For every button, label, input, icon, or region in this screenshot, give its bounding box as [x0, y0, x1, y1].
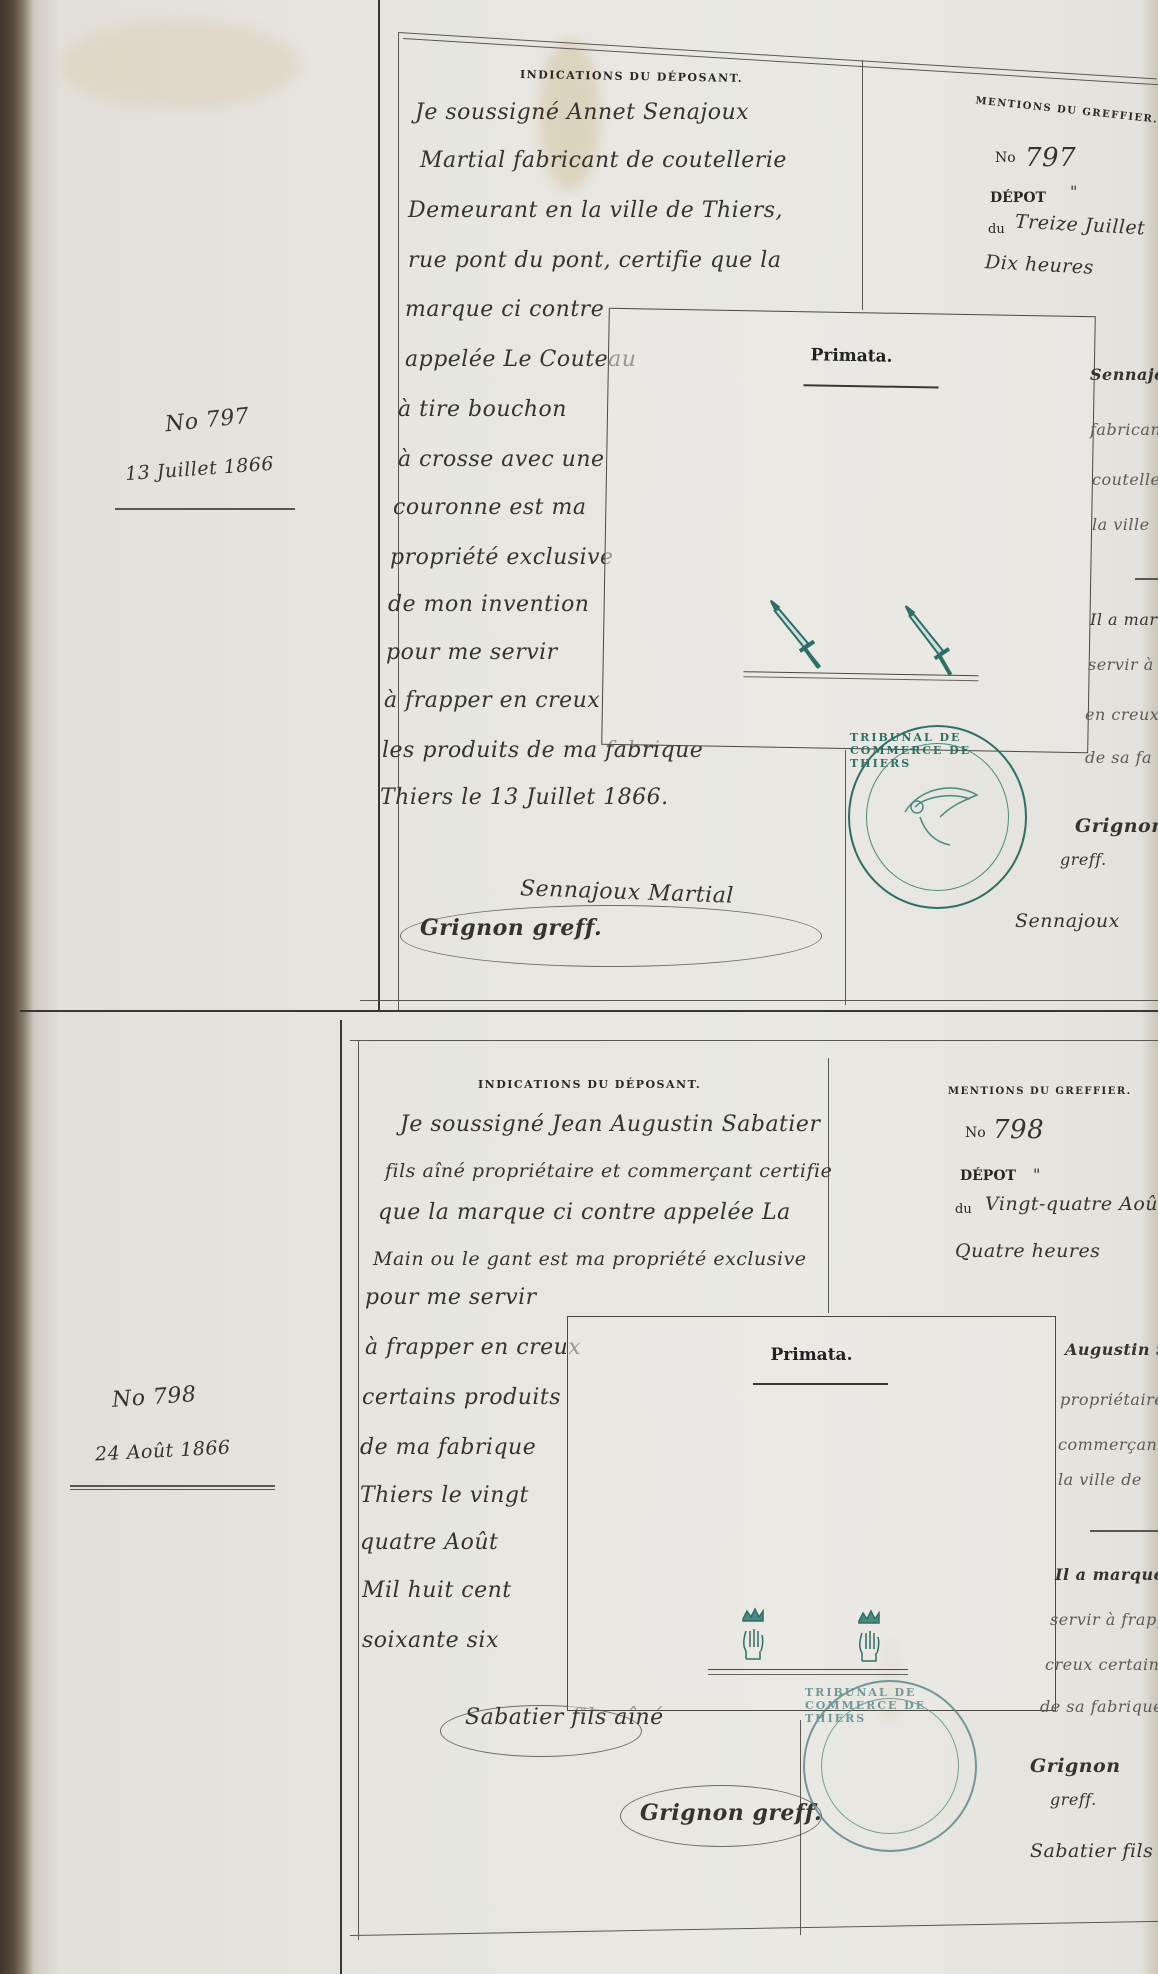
- depot-mark: ": [1033, 1165, 1041, 1184]
- greffier-signature: Grignon greff.: [640, 1800, 822, 1826]
- column-divider: [828, 1058, 829, 1313]
- greffier-header: Mentions du greffier.: [975, 95, 1158, 125]
- depot-date: Vingt-quatre Août: [985, 1193, 1158, 1215]
- greffier-header: Mentions du greffier.: [948, 1086, 1132, 1097]
- form-border: [360, 1000, 1158, 1001]
- register-page: No 797 13 Juillet 1866 Indications du dé…: [0, 0, 1158, 1974]
- depot-date: Treize Juillet: [1015, 211, 1146, 240]
- deposant-header: Indications du déposant.: [478, 1078, 701, 1091]
- form-border: [403, 38, 1158, 85]
- primata-box: Primata.: [567, 1316, 1056, 1711]
- primata-rule: [753, 1383, 888, 1385]
- eagle-emblem-icon: [895, 777, 985, 857]
- primata-title: Primata.: [568, 1345, 1055, 1365]
- primata-rule: [804, 384, 939, 388]
- no-value: 797: [1025, 143, 1076, 173]
- form-border: [398, 32, 1157, 79]
- margin-date: 13 Juillet 1866: [124, 453, 274, 485]
- depot-label: DÉPOT: [960, 1168, 1016, 1184]
- form-border: [350, 1921, 1158, 1936]
- depot-mark: ": [1070, 182, 1078, 201]
- margin-number: No 798: [111, 1382, 197, 1413]
- entry-divider: [20, 1010, 1158, 1012]
- depot-label: DÉPOT: [990, 190, 1046, 206]
- form-border: [398, 32, 399, 1010]
- du-label: du: [988, 222, 1005, 237]
- form-border: [358, 1040, 359, 1940]
- margin-underline: [115, 508, 295, 510]
- water-stain: [60, 20, 300, 110]
- no-value: 798: [993, 1115, 1044, 1145]
- margin-number: No 797: [164, 404, 251, 438]
- column-divider: [862, 60, 863, 310]
- primata-box: Primata.: [601, 308, 1096, 753]
- column-divider: [845, 750, 846, 1005]
- primata-baseline: [708, 1669, 908, 1675]
- form-border: [350, 1040, 1158, 1041]
- crowned-hand-mark-icon: [740, 1607, 766, 1663]
- tribunal-seal: TRIBUNAL DE COMMERCE DE THIERS: [848, 725, 1027, 909]
- margin-divider: [340, 1020, 342, 1974]
- crowned-hand-mark-icon: [856, 1609, 882, 1665]
- no-label: No: [995, 150, 1016, 166]
- margin-divider: [378, 0, 380, 1010]
- tribunal-seal: TRIBUNAL DE COMMERCE DE THIERS: [803, 1680, 977, 1852]
- margin-date: 24 Août 1866: [95, 1436, 232, 1465]
- knife-mark-icon: [763, 597, 834, 678]
- du-label: du: [955, 1202, 972, 1217]
- greffier-signature: Grignon greff.: [420, 915, 602, 941]
- primata-title: Primata.: [609, 342, 1094, 370]
- knife-mark-icon: [898, 602, 969, 683]
- depot-time: Quatre heures: [955, 1240, 1100, 1262]
- depot-time: Dix heures: [984, 251, 1094, 279]
- margin-underline: [70, 1485, 275, 1487]
- deposant-signature: Sennajoux Martial: [520, 876, 735, 908]
- no-label: No: [965, 1125, 986, 1141]
